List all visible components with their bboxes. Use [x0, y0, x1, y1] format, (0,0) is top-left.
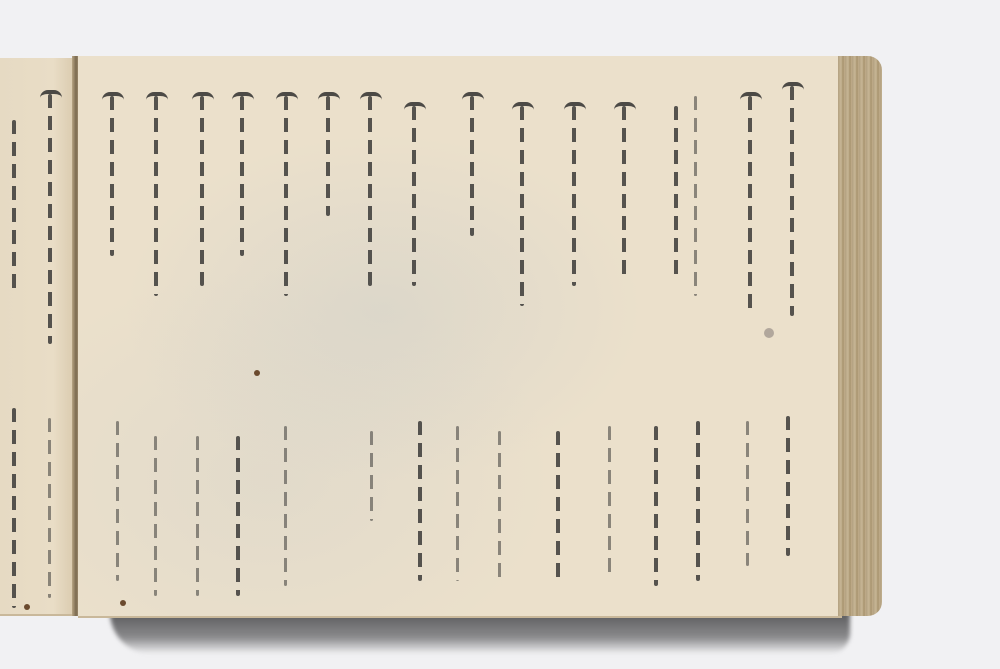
text-column	[600, 426, 620, 576]
text-column	[490, 431, 510, 581]
text-column	[740, 96, 760, 316]
ink-stain	[764, 328, 774, 338]
text-column	[276, 96, 296, 296]
open-book	[0, 0, 1000, 669]
right-page	[78, 56, 842, 618]
text-column	[146, 436, 166, 596]
left-page	[0, 58, 76, 616]
text-column	[404, 106, 424, 286]
text-column	[4, 120, 24, 290]
text-column	[102, 96, 122, 256]
text-column	[40, 418, 60, 598]
text-column	[462, 96, 482, 236]
text-column	[192, 96, 212, 286]
binding-hole	[24, 604, 30, 610]
text-column	[318, 96, 338, 216]
text-column	[686, 96, 706, 296]
binding-hole	[254, 370, 260, 376]
text-column	[232, 96, 252, 256]
binding-hole	[120, 600, 126, 606]
text-column	[108, 421, 128, 581]
text-column	[548, 431, 568, 581]
text-column	[228, 436, 248, 596]
text-column	[362, 431, 382, 521]
text-column	[512, 106, 532, 306]
text-column	[188, 436, 208, 596]
text-column	[276, 426, 296, 586]
text-column	[448, 426, 468, 581]
text-column	[646, 426, 666, 586]
text-column	[146, 96, 166, 296]
text-column	[614, 106, 634, 276]
text-column	[410, 421, 430, 581]
text-column	[40, 94, 60, 344]
text-column	[564, 106, 584, 286]
page-edges	[838, 56, 882, 616]
text-column	[360, 96, 380, 286]
text-column	[4, 408, 24, 608]
text-column	[688, 421, 708, 581]
text-column	[778, 416, 798, 556]
text-column	[782, 86, 802, 316]
text-column	[738, 421, 758, 566]
text-column	[666, 106, 686, 276]
